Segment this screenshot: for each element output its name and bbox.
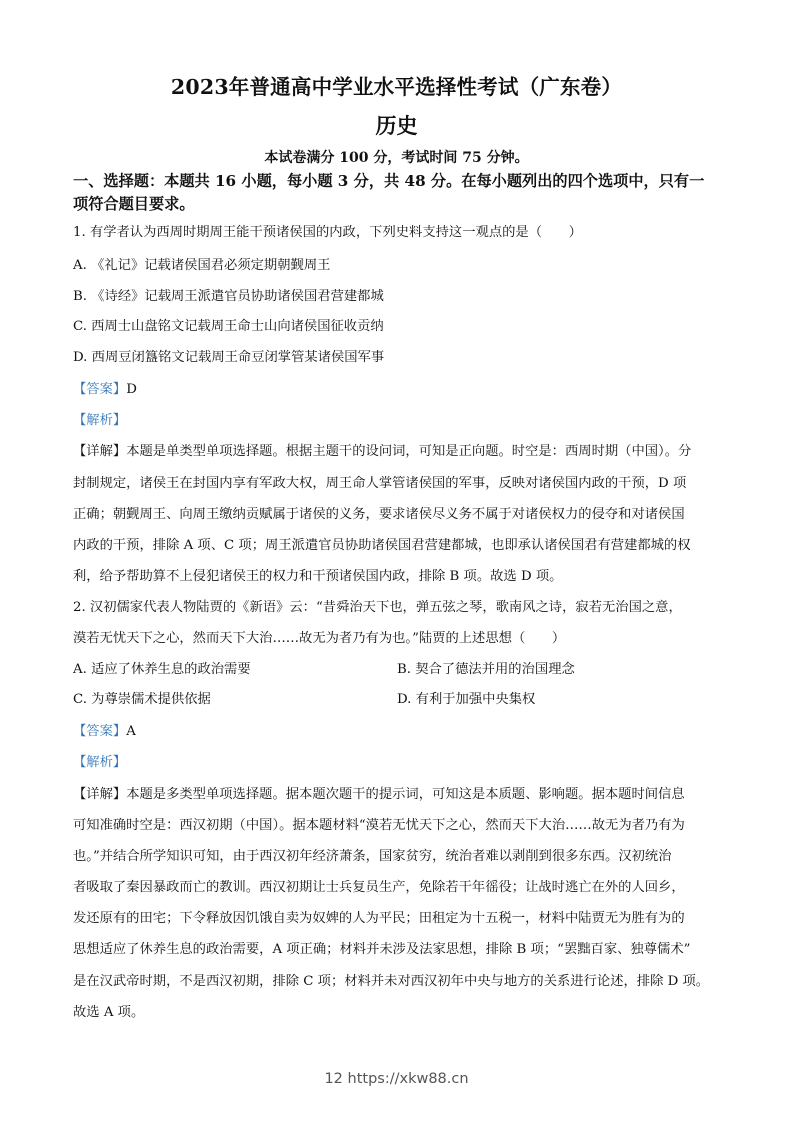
question-1-detail-line-2: 封制规定，诸侯王在封国内享有军政大权，周王命人掌管诸侯国的军事，反映对诸侯国内政…	[73, 475, 686, 493]
option-text: 西周豆闭簋铭文记载周王命豆闭掌管某诸侯国军事	[92, 350, 385, 365]
question-2-detail-line-6: 思想适应了休养生息的政治需要，A 项正确；材料并未涉及法家思想，排除 B 项；“…	[73, 941, 690, 959]
option-key: D.	[397, 692, 411, 707]
option-text: 契合了德法并用的治国理念	[415, 662, 575, 677]
question-1-option-b: B. 《诗经》记载周王派遣官员协助诸侯国君营建都城	[73, 288, 384, 306]
option-text: 《诗经》记载周王派遣官员协助诸侯国君营建都城	[91, 289, 384, 304]
answer-value: D	[126, 382, 137, 397]
option-text: 西周士山盘铭文记载周王命士山向诸侯国征收贡纳	[91, 319, 384, 334]
question-stem-text: 汉初儒家代表人物陆贾的《新语》云：“昔舜治天下也，弹五弦之琴，歌南风之诗，寂若无…	[90, 600, 682, 615]
option-key: B.	[73, 289, 87, 304]
detail-text: 本题是多类型单项选择题。据本题次题干的提示词，可知这是本质题、影响题。据本题时间…	[126, 787, 684, 802]
question-2-detail-line-3: 也。”并结合所学知识可知，由于西汉初年经济萧条，国家贫穷，统治者难以剥削到很多东…	[73, 848, 672, 866]
question-1-detail-line-1: 【详解】本题是单类型单项选择题。根据主题干的设问词，可知是正向题。时空是：西周时…	[73, 443, 691, 461]
option-key: C.	[73, 319, 87, 334]
question-1-detail-line-3: 正确；朝觐周王、向周王缴纳贡赋属于诸侯的义务，要求诸侯尽义务不属于对诸侯权力的侵…	[73, 506, 685, 524]
detail-text: 本题是单类型单项选择题。根据主题干的设问词，可知是正向题。时空是：西周时期（中国…	[126, 444, 691, 459]
option-text: 适应了休养生息的政治需要	[91, 662, 251, 677]
analysis-label: 【解析】	[73, 413, 126, 428]
answer-label: 【答案】	[73, 724, 126, 739]
question-2-detail-line-5: 发还原有的田宅；下令释放因饥饿自卖为奴婢的人为平民；田租定为十五税一，材料中陆贾…	[73, 910, 685, 928]
option-text: 《礼记》记载诸侯国君必须定期朝觐周王	[91, 258, 330, 273]
question-2-analysis-label: 【解析】	[73, 754, 126, 772]
question-2-option-b: B. 契合了德法并用的治国理念	[397, 661, 575, 679]
answer-value: A	[126, 724, 136, 739]
section-heading-line1: 一、选择题：本题共 16 小题，每小题 3 分，共 48 分。在每小题列出的四个…	[73, 170, 723, 193]
question-2-stem-line-2: 漠若无忧天下之心，然而天下大治……故无为者乃有为也。”陆贾的上述思想（ ）	[73, 630, 565, 648]
analysis-label: 【解析】	[73, 755, 126, 770]
question-2-detail-line-2: 可知准确时空是：西汉初期（中国）。据本题材料“漠若无忧天下之心，然而天下大治………	[73, 817, 685, 835]
question-2-detail-line-7: 是在汉武帝时期，不是西汉初期，排除 C 项；材料并未对西汉初年中央与地方的关系进…	[73, 973, 709, 991]
page-footer-watermark: 12 https://xkw88.cn	[0, 1071, 793, 1087]
exam-page: 2023年普通高中学业水平选择性考试（广东卷） 历史 本试卷满分 100 分，考…	[0, 0, 793, 1122]
question-2-answer: 【答案】A	[73, 723, 136, 741]
option-key: D.	[73, 350, 87, 365]
question-1-option-a: A. 《礼记》记载诸侯国君必须定期朝觐周王	[73, 257, 330, 275]
option-key: A.	[73, 258, 87, 273]
question-2-stem-line-1: 2. 汉初儒家代表人物陆贾的《新语》云：“昔舜治天下也，弹五弦之琴，歌南风之诗，…	[73, 599, 682, 617]
question-2-detail-line-4: 者吸取了秦因暴政而亡的教训。西汉初期让士兵复员生产，免除若干年徭役；让战时逃亡在…	[73, 879, 685, 897]
question-1-answer: 【答案】D	[73, 381, 137, 399]
question-2-option-c: C. 为尊崇儒术提供依据	[73, 691, 211, 709]
question-1-option-d: D. 西周豆闭簋铭文记载周王命豆闭掌管某诸侯国军事	[73, 349, 384, 367]
option-key: A.	[73, 662, 87, 677]
question-1-option-c: C. 西周士山盘铭文记载周王命士山向诸侯国征收贡纳	[73, 318, 384, 336]
section-heading: 一、选择题：本题共 16 小题，每小题 3 分，共 48 分。在每小题列出的四个…	[73, 170, 723, 216]
question-1-detail-line-4: 内政的干预，排除 A 项、C 项；周王派遣官员协助诸侯国君营建都城，也即承认诸侯…	[73, 537, 691, 555]
question-number: 2.	[73, 600, 86, 615]
answer-label: 【答案】	[73, 382, 126, 397]
question-2-detail-line-1: 【详解】本题是多类型单项选择题。据本题次题干的提示词，可知这是本质题、影响题。据…	[73, 786, 685, 804]
detail-label: 【详解】	[73, 787, 126, 802]
question-2-detail-line-8: 故选 A 项。	[73, 1004, 144, 1022]
subject-heading: 历史	[0, 110, 793, 140]
option-text: 有利于加强中央集权	[416, 692, 536, 707]
question-2-option-d: D. 有利于加强中央集权	[397, 691, 535, 709]
option-text: 为尊崇儒术提供依据	[91, 692, 211, 707]
question-1-detail-line-5: 利，给予帮助算不上侵犯诸侯王的权力和干预诸侯国内政，排除 B 项。故选 D 项。	[73, 568, 562, 586]
section-heading-line2: 项符合题目要求。	[73, 193, 723, 216]
question-stem-text: 有学者认为西周时期周王能干预诸侯国的内政，下列史料支持这一观点的是（ ）	[90, 225, 582, 240]
detail-label: 【详解】	[73, 444, 126, 459]
score-info: 本试卷满分 100 分，考试时间 75 分钟。	[0, 147, 793, 167]
question-2-option-a: A. 适应了休养生息的政治需要	[73, 661, 251, 679]
question-1-analysis-label: 【解析】	[73, 412, 126, 430]
question-number: 1.	[73, 225, 86, 240]
question-1-stem: 1. 有学者认为西周时期周王能干预诸侯国的内政，下列史料支持这一观点的是（ ）	[73, 224, 582, 242]
option-key: C.	[73, 692, 87, 707]
option-key: B.	[397, 662, 411, 677]
exam-title: 2023年普通高中学业水平选择性考试（广东卷）	[0, 70, 793, 100]
